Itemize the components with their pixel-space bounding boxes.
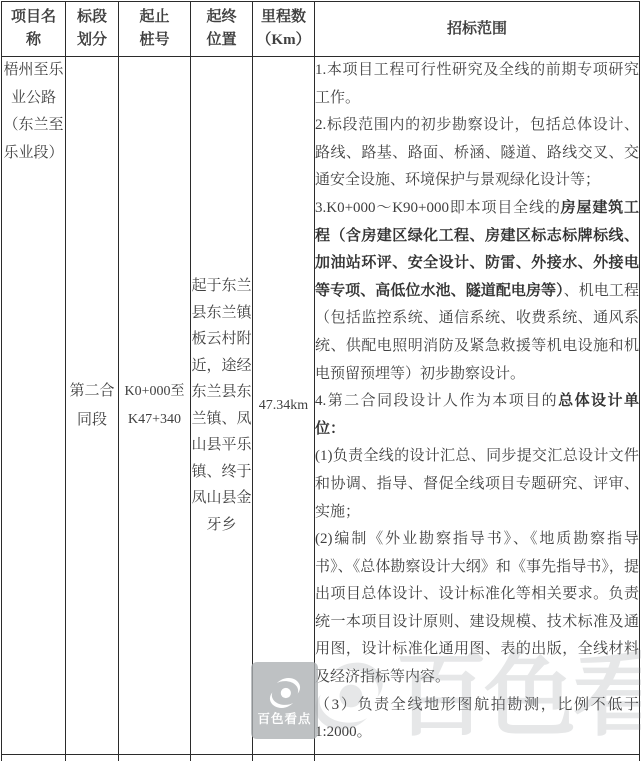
next-row-cutoff [2,755,640,761]
document-page: 项目名 称 标段 划分 起止 桩号 起终 位置 里程数 （Km） 招标范围 梧州… [0,0,641,761]
header-tender-scope: 招标范围 [315,2,640,57]
header-project-name: 项目名 称 [2,2,66,57]
cell-project-name: 梧州至乐业公路（东兰至乐业段） [2,57,66,755]
header-start-end-location: 起终 位置 [191,2,253,57]
cell-location: 起于东兰县东兰镇板云村附近，途经东兰县东兰镇、凤山县平乐镇、终于凤山县金牙乡 [191,57,253,755]
cell-mileage: 47.34km [253,57,315,755]
header-stake-numbers: 起止 桩号 [119,2,191,57]
table-row: 梧州至乐业公路（东兰至乐业段） 第二合同段 K0+000至 K47+340 起于… [2,57,640,755]
header-mileage: 里程数 （Km） [253,2,315,57]
cell-scope: 1.本项目工程可行性研究及全线的前期专项研究工作。2.标段范围内的初步勘察设计，… [315,57,640,755]
tender-scope-table: 项目名 称 标段 划分 起止 桩号 起终 位置 里程数 （Km） 招标范围 梧州… [1,1,640,761]
header-row: 项目名 称 标段 划分 起止 桩号 起终 位置 里程数 （Km） 招标范围 [2,2,640,57]
cell-section: 第二合同段 [66,57,119,755]
cell-stakes: K0+000至 K47+340 [119,57,191,755]
header-section-division: 标段 划分 [66,2,119,57]
cell-scope-content: 1.本项目工程可行性研究及全线的前期专项研究工作。2.标段范围内的初步勘察设计，… [315,57,639,747]
